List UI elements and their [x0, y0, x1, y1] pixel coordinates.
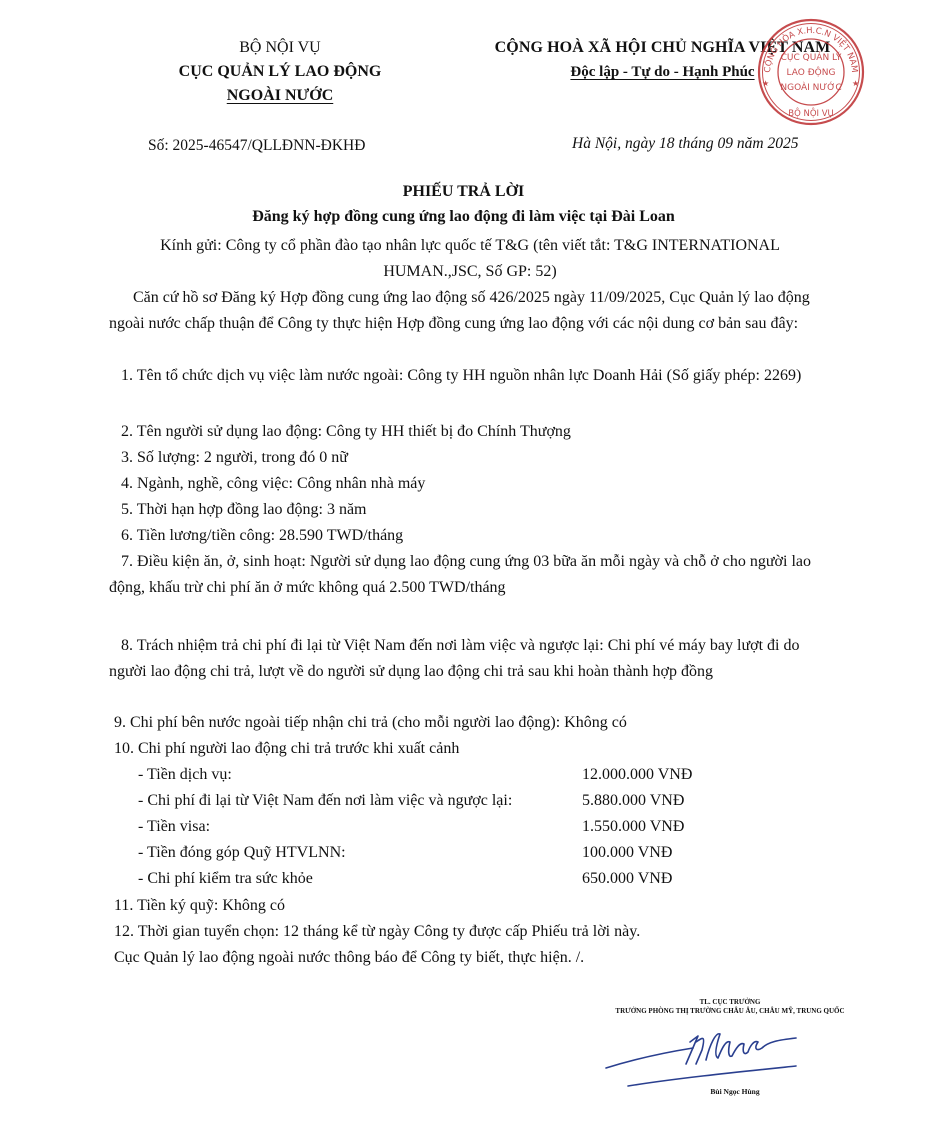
- cost-label: - Tiền visa:: [138, 814, 210, 840]
- place-and-date: Hà Nội, ngày 18 tháng 09 năm 2025: [572, 135, 798, 153]
- cost-value: 100.000 VNĐ: [582, 840, 672, 866]
- stamp-star-left-icon: ★: [762, 79, 769, 88]
- cost-label: - Chi phí đi lại từ Việt Nam đến nơi làm…: [138, 788, 512, 814]
- cost-value: 650.000 VNĐ: [582, 866, 672, 892]
- list-item: 8. Trách nhiệm trả chi phí đi lại từ Việ…: [109, 633, 841, 685]
- signer-title: TRƯỞNG PHÒNG THỊ TRƯỜNG CHÂU ÂU, CHÂU MỸ…: [580, 1007, 880, 1016]
- cost-label: - Tiền đóng góp Quỹ HTVLNN:: [138, 840, 346, 866]
- issuing-agency: BỘ NỘI VỤ CỤC QUẢN LÝ LAO ĐỘNG NGOÀI NƯỚ…: [130, 36, 430, 108]
- recipient-line1: Kính gửi: Công ty cổ phần đào tạo nhân l…: [115, 233, 825, 259]
- signer-authority: TL. CỤC TRƯỞNG: [580, 998, 880, 1007]
- department-name-line1: CỤC QUẢN LÝ LAO ĐỘNG: [130, 60, 430, 84]
- stamp-star-right-icon: ★: [852, 79, 859, 88]
- cost-value: 12.000.000 VNĐ: [582, 762, 692, 788]
- intro-paragraph: Căn cứ hồ sơ Đăng ký Hợp đồng cung ứng l…: [109, 285, 841, 337]
- list-item: 2. Tên người sử dụng lao động: Công ty H…: [109, 419, 841, 445]
- signature-block: TL. CỤC TRƯỞNG TRƯỞNG PHÒNG THỊ TRƯỜNG C…: [580, 998, 880, 1016]
- list-item: 12. Thời gian tuyển chọn: 12 tháng kể từ…: [114, 919, 846, 945]
- list-item: 9. Chi phí bên nước ngoài tiếp nhận chi …: [114, 710, 846, 736]
- list-item: 1. Tên tổ chức dịch vụ việc làm nước ngo…: [109, 363, 841, 389]
- reference-number: Số: 2025-46547/QLLĐNN-ĐKHĐ: [148, 137, 365, 155]
- stamp-outer-bottom: BỘ NỘI VỤ: [788, 107, 834, 119]
- handwritten-signature-icon: [598, 1020, 798, 1092]
- list-item: 3. Số lượng: 2 người, trong đó 0 nữ: [109, 445, 841, 471]
- cost-value: 5.880.000 VNĐ: [582, 788, 684, 814]
- cost-value: 1.550.000 VNĐ: [582, 814, 684, 840]
- document-subtitle: Đăng ký hợp đồng cung ứng lao động đi là…: [0, 208, 927, 226]
- stamp-inner-line1: CỤC QUẢN LÝ: [781, 51, 842, 63]
- list-item: 4. Ngành, nghề, công việc: Công nhân nhà…: [109, 471, 841, 497]
- document-title: PHIẾU TRẢ LỜI: [0, 183, 927, 201]
- cost-label: - Tiền dịch vụ:: [138, 762, 232, 788]
- list-item: 11. Tiền ký quỹ: Không có: [114, 893, 846, 919]
- stamp-inner-line3: NGOÀI NƯỚC: [780, 81, 841, 93]
- ministry-name: BỘ NỘI VỤ: [130, 36, 430, 60]
- list-item: 5. Thời hạn hợp đồng lao động: 3 năm: [109, 497, 841, 523]
- official-stamp-icon: CỘNG HÒA X.H.C.N VIỆT NAM BỘ NỘI VỤ CỤC …: [748, 16, 873, 126]
- recipient-line2: HUMAN.,JSC, Số GP: 52): [115, 259, 825, 285]
- list-item: 10. Chi phí người lao động chi trả trước…: [114, 736, 846, 762]
- list-item: 7. Điều kiện ăn, ở, sinh hoạt: Người sử …: [109, 549, 841, 601]
- cost-label: - Chi phí kiểm tra sức khỏe: [138, 866, 313, 892]
- list-item: 6. Tiền lương/tiền công: 28.590 TWD/thán…: [109, 523, 841, 549]
- closing-statement: Cục Quản lý lao động ngoài nước thông bá…: [114, 945, 846, 971]
- signer-name: Bùi Ngọc Hùng: [660, 1087, 810, 1096]
- stamp-inner-line2: LAO ĐỘNG: [787, 66, 836, 78]
- recipient: Kính gửi: Công ty cổ phần đào tạo nhân l…: [115, 233, 825, 285]
- department-name-line2: NGOÀI NƯỚC: [130, 84, 430, 108]
